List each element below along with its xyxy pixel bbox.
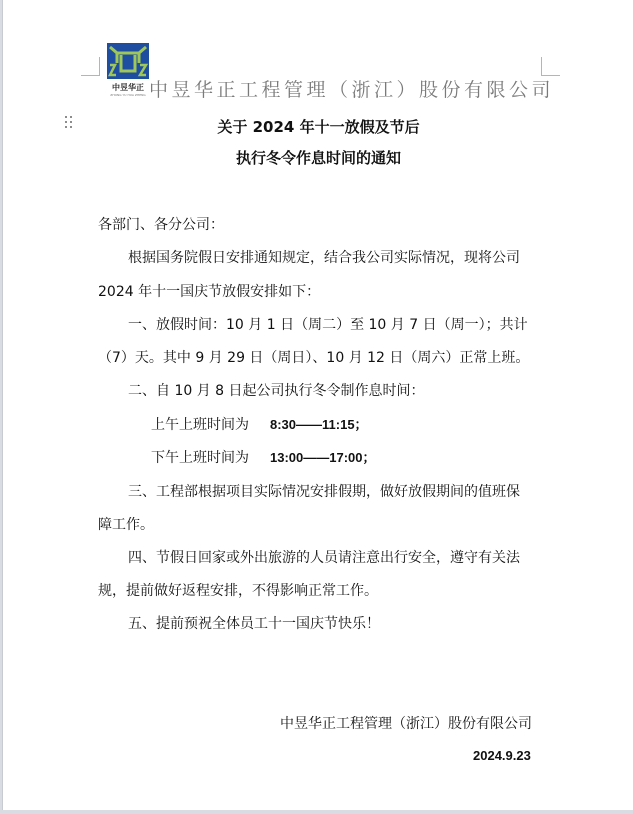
- margin-corner-top-left: [81, 57, 100, 76]
- title-line-1: 关于 2024 年十一放假及节后: [3, 116, 633, 137]
- item-1-line-2: （7）天。其中 9 月 29 日（周日）、10 月 12 日（周六）正常上班。: [98, 347, 529, 367]
- title-line-2: 执行冬令作息时间的通知: [3, 147, 633, 168]
- item-3-line-2: 障工作。: [98, 514, 154, 534]
- intro-line-2: 2024 年十一国庆节放假安排如下：: [98, 281, 320, 301]
- afternoon-label: 下午上班时间为: [151, 447, 249, 467]
- item-3-line-1: 三、工程部根据项目实际情况安排假期，做好放假期间的值班保: [128, 481, 520, 501]
- salutation: 各部门、各分公司：: [98, 214, 224, 234]
- morning-label: 上午上班时间为: [151, 414, 249, 434]
- morning-time: 8:30——11:15；: [270, 414, 368, 433]
- item-1-line-1: 一、放假时间：10 月 1 日（周二）至 10 月 7 日（周一）；共计: [128, 314, 528, 334]
- item-4-line-1: 四、节假日回家或外出旅游的人员请注意出行安全，遵守有关法: [128, 547, 520, 567]
- document-page: 中昱华正 ZHONG YU HUA ZHENG 中昱华正工程管理（浙江）股份有限…: [2, 0, 633, 810]
- logo-subtext: ZHONG YU HUA ZHENG: [107, 93, 149, 97]
- logo-text: 中昱华正: [107, 82, 149, 93]
- intro-line-1: 根据国务院假日安排通知规定，结合我公司实际情况，现将公司: [128, 247, 520, 267]
- margin-corner-top-right: [541, 57, 560, 76]
- letterhead-company-name: 中昱华正工程管理（浙江）股份有限公司: [149, 75, 554, 102]
- signature-company: 中昱华正工程管理（浙江）股份有限公司: [280, 713, 532, 733]
- signature-date: 2024.9.23: [473, 748, 531, 763]
- logo-mark-icon: [107, 43, 149, 79]
- company-logo: 中昱华正 ZHONG YU HUA ZHENG: [107, 43, 149, 97]
- item-2: 二、自 10 月 8 日起公司执行冬令制作息时间：: [128, 380, 425, 400]
- item-4-line-2: 规，提前做好返程安排，不得影响正常工作。: [98, 580, 378, 600]
- afternoon-time: 13:00——17:00；: [270, 447, 376, 466]
- item-5: 五、提前预祝全体员工十一国庆节快乐！: [128, 613, 380, 633]
